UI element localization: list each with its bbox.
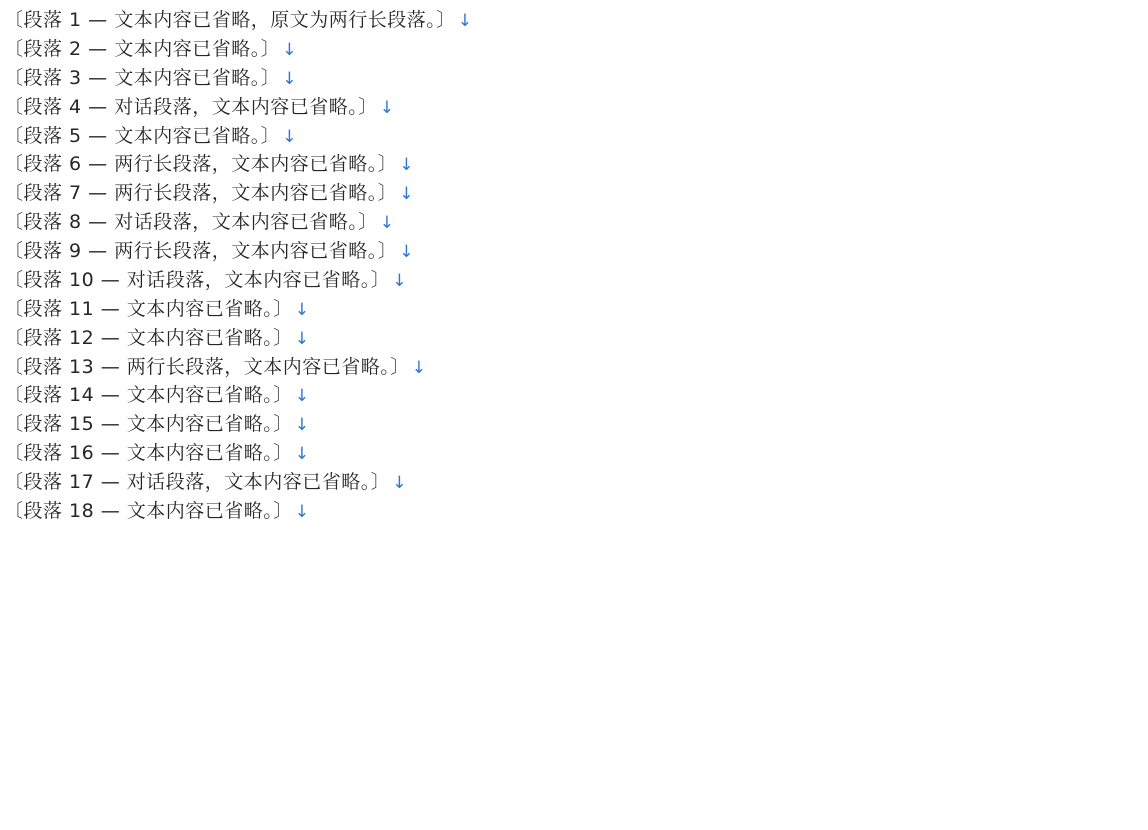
line-break-mark-icon: ↓ [410, 358, 427, 378]
line-break-mark-icon: ↓ [280, 127, 297, 147]
paragraph-text: 〔段落 9 — 两行长段落，文本内容已省略。〕 [4, 240, 397, 262]
paragraph: 〔段落 1 — 文本内容已省略，原文为两行长段落。〕↓ [4, 6, 1144, 35]
line-break-mark-icon: ↓ [397, 155, 414, 175]
line-break-mark-icon: ↓ [293, 444, 310, 464]
line-break-mark-icon: ↓ [378, 98, 395, 118]
paragraph: 〔段落 12 — 文本内容已省略。〕↓ [4, 324, 1144, 353]
paragraph-text: 〔段落 2 — 文本内容已省略。〕 [4, 38, 280, 60]
paragraph: 〔段落 14 — 文本内容已省略。〕↓ [4, 381, 1144, 410]
paragraph: 〔段落 4 — 对话段落，文本内容已省略。〕↓ [4, 93, 1144, 122]
paragraph: 〔段落 8 — 对话段落，文本内容已省略。〕↓ [4, 208, 1144, 237]
paragraph-text: 〔段落 4 — 对话段落，文本内容已省略。〕 [4, 96, 378, 118]
paragraph: 〔段落 18 — 文本内容已省略。〕↓ [4, 497, 1144, 526]
paragraph: 〔段落 3 — 文本内容已省略。〕↓ [4, 64, 1144, 93]
line-break-mark-icon: ↓ [293, 415, 310, 435]
paragraph-text: 〔段落 15 — 文本内容已省略。〕 [4, 413, 293, 435]
line-break-mark-icon: ↓ [397, 184, 414, 204]
paragraph-text: 〔段落 6 — 两行长段落，文本内容已省略。〕 [4, 153, 397, 175]
line-break-mark-icon: ↓ [293, 502, 310, 522]
paragraph-text: 〔段落 14 — 文本内容已省略。〕 [4, 384, 293, 406]
line-break-mark-icon: ↓ [378, 213, 395, 233]
paragraph-text: 〔段落 17 — 对话段落，文本内容已省略。〕 [4, 471, 390, 493]
line-break-mark-icon: ↓ [397, 242, 414, 262]
paragraph-text: 〔段落 18 — 文本内容已省略。〕 [4, 500, 293, 522]
paragraph: 〔段落 2 — 文本内容已省略。〕↓ [4, 35, 1144, 64]
line-break-mark-icon: ↓ [280, 69, 297, 89]
paragraph-text: 〔段落 12 — 文本内容已省略。〕 [4, 327, 293, 349]
paragraph-text: 〔段落 1 — 文本内容已省略，原文为两行长段落。〕 [4, 9, 456, 31]
paragraph: 〔段落 11 — 文本内容已省略。〕↓ [4, 295, 1144, 324]
document-page: 〔段落 1 — 文本内容已省略，原文为两行长段落。〕↓〔段落 2 — 文本内容已… [0, 0, 1148, 830]
paragraph: 〔段落 13 — 两行长段落，文本内容已省略。〕↓ [4, 353, 1144, 382]
paragraph-text: 〔段落 5 — 文本内容已省略。〕 [4, 125, 280, 147]
paragraph-text: 〔段落 8 — 对话段落，文本内容已省略。〕 [4, 211, 378, 233]
paragraph: 〔段落 16 — 文本内容已省略。〕↓ [4, 439, 1144, 468]
line-break-mark-icon: ↓ [293, 329, 310, 349]
line-break-mark-icon: ↓ [390, 473, 407, 493]
paragraph-text: 〔段落 11 — 文本内容已省略。〕 [4, 298, 293, 320]
line-break-mark-icon: ↓ [293, 386, 310, 406]
paragraph-text: 〔段落 3 — 文本内容已省略。〕 [4, 67, 280, 89]
paragraph: 〔段落 17 — 对话段落，文本内容已省略。〕↓ [4, 468, 1144, 497]
line-break-mark-icon: ↓ [390, 271, 407, 291]
line-break-mark-icon: ↓ [456, 11, 473, 31]
paragraph: 〔段落 5 — 文本内容已省略。〕↓ [4, 122, 1144, 151]
paragraph: 〔段落 10 — 对话段落，文本内容已省略。〕↓ [4, 266, 1144, 295]
line-break-mark-icon: ↓ [280, 40, 297, 60]
paragraph: 〔段落 9 — 两行长段落，文本内容已省略。〕↓ [4, 237, 1144, 266]
paragraph-text: 〔段落 13 — 两行长段落，文本内容已省略。〕 [4, 356, 410, 378]
line-break-mark-icon: ↓ [293, 300, 310, 320]
paragraph: 〔段落 15 — 文本内容已省略。〕↓ [4, 410, 1144, 439]
paragraph-text: 〔段落 10 — 对话段落，文本内容已省略。〕 [4, 269, 390, 291]
paragraph: 〔段落 6 — 两行长段落，文本内容已省略。〕↓ [4, 150, 1144, 179]
paragraph-text: 〔段落 7 — 两行长段落，文本内容已省略。〕 [4, 182, 397, 204]
paragraph: 〔段落 7 — 两行长段落，文本内容已省略。〕↓ [4, 179, 1144, 208]
paragraph-text: 〔段落 16 — 文本内容已省略。〕 [4, 442, 293, 464]
